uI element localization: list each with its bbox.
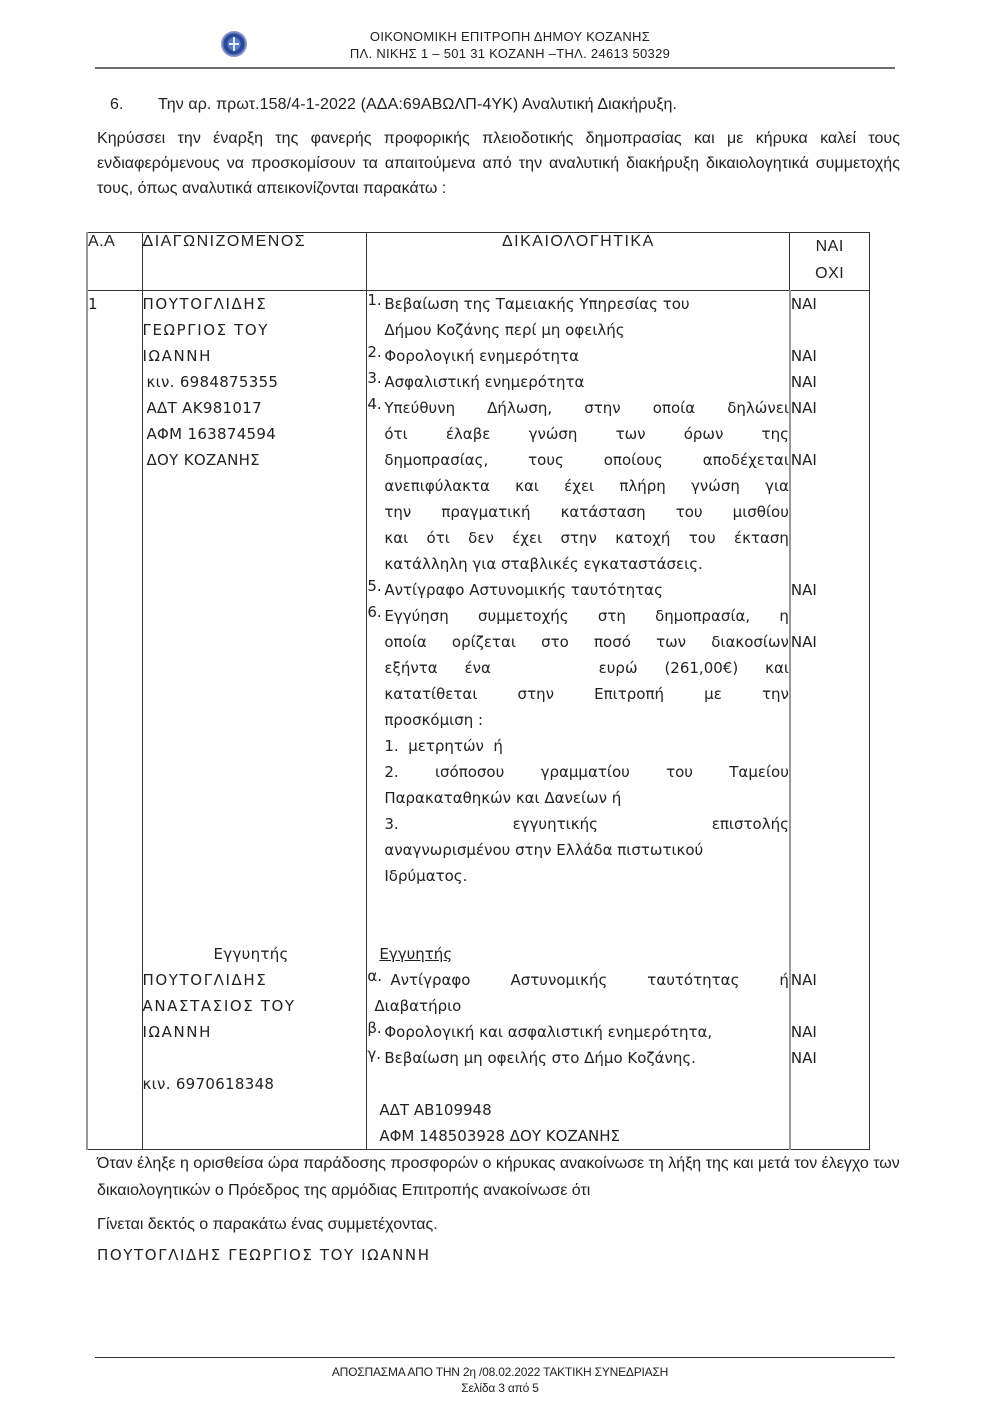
document-text: Φορολογική ενημερότητα [384,343,789,369]
bidder-cell: ΠΟΥΤΟΓΛΙΔΗΣ ΓΕΩΡΓΙΟΣ ΤΟΥ ΙΩΑΝΝΗ κιν. 698… [142,291,367,1150]
document-text: εξήντα ένα ευρώ (261,00€) και [384,655,789,681]
guarantor-name-line: ΑΝΑΣΤΑΣΙΟΣ ΤΟΥ [143,993,367,1019]
document-item-3: 3. Ασφαλιστική ενημερότητα [367,369,789,395]
document-text: προσκόμιση : [384,707,789,733]
greek-state-emblem-icon [222,32,246,56]
document-text: δημοπρασίας, τους οποίους αποδέχεται [384,447,789,473]
bidder-mobile: κιν. 6984875355 [143,369,367,395]
answer-value: ΝΑΙ [791,395,869,421]
deposit-option: αναγνωρισμένου στην Ελλάδα πιστωτικού [384,837,789,863]
list-item-number: 6. [110,96,158,114]
answer-value: ΝΑΙ [791,369,869,395]
deposit-option: Ιδρύματος. [384,863,789,889]
document-text: ότι έλαβε γνώση των όρων της [384,421,789,447]
document-number: 2. [367,343,384,369]
guarantor-document-b: β. Φορολογική και ασφαλιστική ενημερότητ… [367,1019,789,1045]
document-text: οποία ορίζεται στο ποσό των διακοσίων [384,629,789,655]
document-text: Βεβαίωση της Ταμειακής Υπηρεσίας του [384,291,789,317]
document-number: 4. [367,395,384,577]
page-footer: ΑΠΟΣΠΑΣΜΑ ΑΠΟ ΤΗΝ 2η /08.02.2022 ΤΑΚΤΙΚΗ… [0,1364,1000,1396]
document-text: Διαβατήριο [374,993,789,1019]
document-text: την πραγματική κατάσταση του μισθίου [384,499,789,525]
deposit-option: 1. μετρητών ή [384,733,789,759]
list-item-6: 6.Την αρ. πρωτ.158/4-1-2022 (ΑΔΑ:69ΑΒΩΛΠ… [110,96,677,114]
guarantor-name-line: ΙΩΑΝΝΗ [143,1019,367,1045]
closing-paragraph: Όταν έληξε η ορισθείσα ώρα παράδοσης προ… [97,1150,900,1204]
document-item-5: 5. Αντίγραφο Αστυνομικής ταυτότητας [367,577,789,603]
bidder-tax-office: ΔΟΥ ΚΟΖΑΝΗΣ [143,447,367,473]
letterhead-organization: ΟΙΚΟΝΟΜΙΚΗ ΕΠΙΤΡΟΠΗ ΔΗΜΟΥ ΚΟΖΑΝΗΣ [300,28,720,45]
list-item-text: Την αρ. πρωτ.158/4-1-2022 (ΑΔΑ:69ΑΒΩΛΠ-4… [158,96,677,113]
documents-cell: 1. Βεβαίωση της Ταμειακής Υπηρεσίας του … [367,291,790,1150]
guarantor-document-a: α. Αντίγραφο Αστυνομικής ταυτότητας ή Δι… [367,967,789,1019]
document-number: 5. [367,577,384,603]
guarantor-name-line: ΠΟΥΤΟΓΛΙΔΗΣ [143,967,367,993]
document-text: Υπεύθυνη Δήλωση, στην οποία δηλώνει [384,395,789,421]
document-text: Αντίγραφο Αστυνομικής ταυτότητας ή [384,967,789,993]
answers-cell: ΝΑΙ ΝΑΙ ΝΑΙ ΝΑΙ ΝΑΙ ΝΑΙ ΝΑΙ ΝΑΙ ΝΑΙ ΝΑΙ [790,291,870,1150]
bidder-name-line: ΠΟΥΤΟΓΛΙΔΗΣ [143,291,367,317]
guarantor-document-c: γ. Βεβαίωση μη οφειλής στο Δήμο Κοζάνης. [367,1045,789,1071]
document-item-6: 6. Εγγύηση συμμετοχής στη δημοπρασία, η … [367,603,789,889]
document-text: Δήμου Κοζάνης περί μη οφειλής [384,317,789,343]
header-documents: ΔΙΚΑΙΟΛΟΓΗΤΙΚΑ [367,233,790,291]
row-number-value: 1 [88,291,142,317]
guarantor-docs-title: Εγγυητής [367,941,789,967]
answer-value: ΝΑΙ [791,343,869,369]
document-text: Ασφαλιστική ενημερότητα [384,369,789,395]
document-text: κατάλληλη για σταβλικές εγκαταστάσεις. [384,551,789,577]
document-text: Φορολογική και ασφαλιστική ενημερότητα, [384,1019,789,1045]
guarantor-tax-line: ΑΦΜ 148503928 ΔΟΥ ΚΟΖΑΝΗΣ [367,1123,789,1149]
document-number: γ. [367,1045,384,1071]
letterhead-address: ΠΛ. ΝΙΚΗΣ 1 – 501 31 ΚΟΖΑΝΗ –ΤΗΛ. 24613 … [300,45,720,62]
answer-value: ΝΑΙ [791,577,869,603]
bidder-name-line: ΓΕΩΡΓΙΟΣ ΤΟΥ [143,317,367,343]
page-number: Σελίδα 3 από 5 [0,1380,1000,1396]
deposit-option: 3. εγγυητικής επιστολής [384,811,789,837]
document-item-4: 4. Υπεύθυνη Δήλωση, στην οποία δηλώνει ό… [367,395,789,577]
bidder-name-line: ΙΩΑΝΝΗ [143,343,367,369]
deposit-option: 2. ισόποσου γραμματίου του Ταμείου [384,759,789,785]
answer-value: ΝΑΙ [791,967,869,993]
header-divider [95,67,895,69]
answer-value: ΝΑΙ [791,447,869,473]
documents-table: Α.Α ΔΙΑΓΩΝΙΖΟΜΕΝΟΣ ΔΙΚΑΙΟΛΟΓΗΤΙΚΑ ΝΑΙ ΟΧ… [86,232,870,1150]
header-yes: ΝΑΙ [790,233,869,260]
intro-paragraph: Κηρύσσει την έναρξη της φανερής προφορικ… [97,126,900,201]
document-number: 6. [367,603,384,889]
row-number: 1 [87,291,142,1150]
closing-section: Όταν έληξε η ορισθείσα ώρα παράδοσης προ… [97,1150,900,1264]
answer-value: ΝΑΙ [791,629,869,655]
document-number: 1. [367,291,384,343]
letterhead-text: ΟΙΚΟΝΟΜΙΚΗ ΕΠΙΤΡΟΠΗ ΔΗΜΟΥ ΚΟΖΑΝΗΣ ΠΛ. ΝΙ… [300,28,720,62]
document-item-2: 2. Φορολογική ενημερότητα [367,343,789,369]
document-text: Βεβαίωση μη οφειλής στο Δήμο Κοζάνης. [384,1045,789,1071]
acceptance-statement: Γίνεται δεκτός ο παρακάτω ένας συμμετέχο… [97,1216,900,1234]
footer-divider [95,1357,895,1358]
accepted-participant: ΠΟΥΤΟΓΛΙΔΗΣ ΓΕΩΡΓΙΟΣ ΤΟΥ ΙΩΑΝΝΗ [97,1246,900,1264]
answer-value: ΝΑΙ [791,1019,869,1045]
guarantor-id-card: ΑΔΤ ΑΒ109948 [367,1097,789,1123]
document-item-1: 1. Βεβαίωση της Ταμειακής Υπηρεσίας του … [367,291,789,343]
document-text: και ότι δεν έχει στην κατοχή του έκταση [384,525,789,551]
header-aa: Α.Α [87,233,142,291]
guarantor-mobile: κιν. 6970618348 [143,1071,367,1097]
document-number: β. [367,1019,384,1045]
document-text: ανεπιφύλακτα και έχει πλήρη γνώση για [384,473,789,499]
document-text: Αντίγραφο Αστυνομικής ταυτότητας [384,577,789,603]
table-row: 1 ΠΟΥΤΟΓΛΙΔΗΣ ΓΕΩΡΓΙΟΣ ΤΟΥ ΙΩΑΝΝΗ κιν. 6… [87,291,870,1150]
table-header-row: Α.Α ΔΙΑΓΩΝΙΖΟΜΕΝΟΣ ΔΙΚΑΙΟΛΟΓΗΤΙΚΑ ΝΑΙ ΟΧ… [87,233,870,291]
document-text: Εγγύηση συμμετοχής στη δημοπρασία, η [384,603,789,629]
answer-value: ΝΑΙ [791,291,869,317]
header-yes-no: ΝΑΙ ΟΧΙ [790,233,870,291]
header-no: ΟΧΙ [790,260,869,287]
bidder-tax-id: ΑΦΜ 163874594 [143,421,367,447]
document-number: 3. [367,369,384,395]
footer-session: ΑΠΟΣΠΑΣΜΑ ΑΠΟ ΤΗΝ 2η /08.02.2022 ΤΑΚΤΙΚΗ… [0,1364,1000,1380]
answer-value: ΝΑΙ [791,1045,869,1071]
header-bidder: ΔΙΑΓΩΝΙΖΟΜΕΝΟΣ [142,233,367,291]
document-text: κατατίθεται στην Επιτροπή με την [384,681,789,707]
deposit-option: Παρακαταθηκών και Δανείων ή [384,785,789,811]
guarantor-title: Εγγυητής [143,941,367,967]
bidder-id-card: ΑΔΤ ΑΚ981017 [143,395,367,421]
